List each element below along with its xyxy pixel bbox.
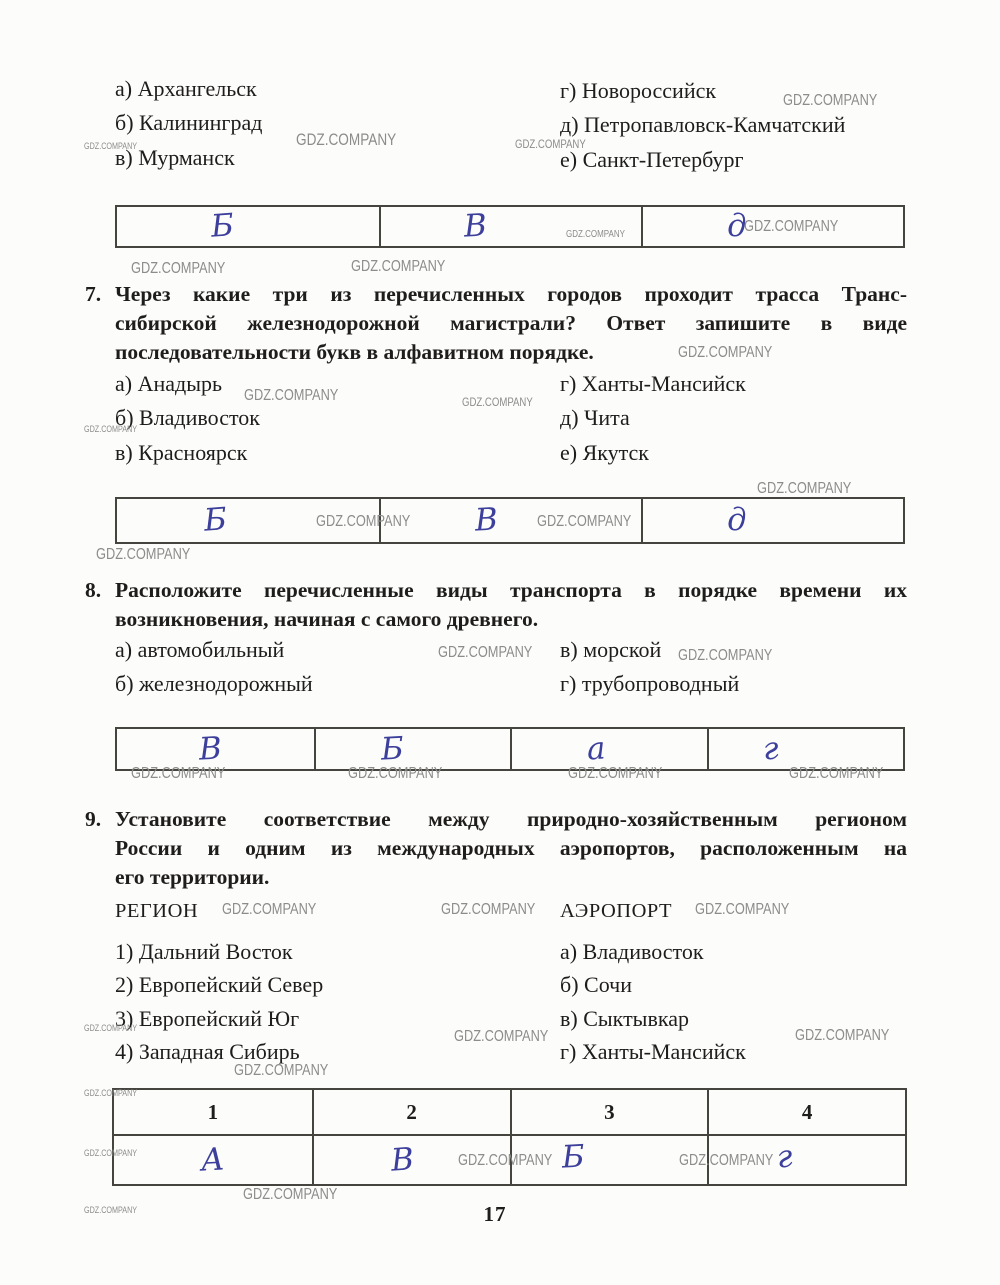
- watermark: GDZ.COMPANY: [244, 387, 338, 405]
- option-line: г) Ханты-Мансийск: [560, 1035, 746, 1068]
- answer-cell: д: [641, 499, 903, 542]
- option-line: д) Чита: [560, 401, 746, 435]
- question-9: 9. Установите соответствие между природн…: [85, 805, 907, 891]
- question9-airports: а) Владивосток б) Сочи в) Сыктывкар г) Х…: [560, 935, 746, 1069]
- answer-cell: А: [114, 1136, 312, 1184]
- question-text-line: Установите соответствие между природно-х…: [115, 805, 907, 834]
- column-number: 2: [406, 1100, 417, 1125]
- handwritten-answer: г: [762, 733, 780, 765]
- option-line: д) Петропавловск-Камчатский: [560, 108, 845, 142]
- column-number: 4: [802, 1100, 813, 1125]
- handwritten-answer: Б: [381, 733, 405, 765]
- watermark: GDZ.COMPANY: [84, 1148, 137, 1158]
- handwritten-answer: Б: [203, 504, 228, 537]
- question-text-line: сибирской железнодорожной магистрали? От…: [115, 309, 907, 338]
- watermark: GDZ.COMPANY: [458, 1152, 552, 1170]
- handwritten-answer: А: [200, 1144, 225, 1176]
- option-line: б) Сочи: [560, 968, 746, 1001]
- watermark: GDZ.COMPANY: [783, 92, 877, 110]
- option-line: в) Мурманск: [115, 141, 262, 175]
- question6-options-left: а) Архангельск б) Калининград в) Мурманс…: [115, 72, 262, 175]
- watermark: GDZ.COMPANY: [84, 1088, 137, 1098]
- watermark: GDZ.COMPANY: [515, 137, 586, 151]
- question-text-line: последовательности букв в алфавитном пор…: [115, 338, 907, 367]
- option-line: 1) Дальний Восток: [115, 935, 323, 968]
- watermark: GDZ.COMPANY: [678, 647, 772, 665]
- option-line: в) Сыктывкар: [560, 1002, 746, 1035]
- watermark: GDZ.COMPANY: [789, 765, 883, 783]
- question-text-line: его территории.: [115, 863, 907, 892]
- question7-options-right: г) Ханты-Мансийск д) Чита е) Якутск: [560, 367, 746, 470]
- watermark: GDZ.COMPANY: [84, 424, 137, 434]
- column-header-region: РЕГИОН: [115, 900, 198, 923]
- watermark: GDZ.COMPANY: [757, 480, 851, 498]
- option-line: а) Владивосток: [560, 935, 746, 968]
- watermark: GDZ.COMPANY: [454, 1028, 548, 1046]
- question7-options-left: а) Анадырь б) Владивосток в) Красноярск: [115, 367, 260, 470]
- question-text: Расположите перечисленные виды транспорт…: [115, 576, 907, 634]
- handwritten-answer: а: [586, 733, 607, 765]
- handwritten-answer: В: [198, 733, 222, 765]
- answer-cell: В: [379, 207, 641, 246]
- question8-options-right: в) морской г) трубопроводный: [560, 633, 739, 702]
- question-number: 7.: [85, 280, 101, 309]
- question-text: Через какие три из перечисленных городов…: [115, 280, 907, 366]
- answer-cell: Б: [314, 729, 511, 769]
- watermark: GDZ.COMPANY: [566, 229, 625, 240]
- question-text-line: России и одним из международных аэропорт…: [115, 834, 907, 863]
- header-cell: 3: [510, 1090, 708, 1134]
- handwritten-answer: Б: [210, 210, 235, 243]
- question-text-line: возникновения, начиная с самого древнего…: [115, 605, 907, 634]
- watermark: GDZ.COMPANY: [695, 901, 789, 919]
- option-line: е) Санкт-Петербург: [560, 143, 845, 177]
- answer-cell: Б: [117, 207, 379, 246]
- question-number: 9.: [85, 805, 101, 834]
- watermark: GDZ.COMPANY: [441, 901, 535, 919]
- watermark: GDZ.COMPANY: [438, 644, 532, 662]
- question-number: 8.: [85, 576, 101, 605]
- page-number: 17: [455, 1202, 535, 1227]
- question-7: 7. Через какие три из перечисленных горо…: [85, 280, 907, 366]
- watermark: GDZ.COMPANY: [679, 1152, 773, 1170]
- option-line: г) Ханты-Мансийск: [560, 367, 746, 401]
- header-cell: 4: [707, 1090, 905, 1134]
- watermark: GDZ.COMPANY: [537, 513, 631, 531]
- handwritten-answer: д: [727, 505, 748, 537]
- header-cell: 1: [114, 1090, 312, 1134]
- watermark: GDZ.COMPANY: [243, 1186, 337, 1204]
- watermark: GDZ.COMPANY: [131, 765, 225, 783]
- handwritten-answer: Б: [561, 1141, 585, 1173]
- watermark: GDZ.COMPANY: [84, 1205, 137, 1215]
- workbook-page: а) Архангельск б) Калининград в) Мурманс…: [0, 0, 1000, 1285]
- option-line: 3) Европейский Юг: [115, 1002, 323, 1035]
- watermark: GDZ.COMPANY: [795, 1027, 889, 1045]
- option-line: 2) Европейский Север: [115, 968, 323, 1001]
- question-8: 8. Расположите перечисленные виды трансп…: [85, 576, 907, 634]
- watermark: GDZ.COMPANY: [351, 258, 445, 276]
- question-text-line: Расположите перечисленные виды транспорт…: [115, 576, 907, 605]
- column-number: 1: [208, 1100, 219, 1125]
- watermark: GDZ.COMPANY: [296, 130, 396, 150]
- handwritten-answer: В: [474, 504, 498, 536]
- answer-table-9-header-row: 1 2 3 4: [114, 1090, 905, 1136]
- handwritten-answer: В: [463, 210, 487, 242]
- option-line: а) Анадырь: [115, 367, 260, 401]
- answer-table-8: В Б а г: [115, 727, 905, 771]
- option-line: а) Архангельск: [115, 72, 262, 106]
- handwritten-answer: В: [390, 1144, 415, 1177]
- watermark: GDZ.COMPANY: [348, 765, 442, 783]
- watermark: GDZ.COMPANY: [84, 1023, 137, 1033]
- option-line: в) Красноярск: [115, 436, 260, 470]
- answer-table-9: 1 2 3 4 А В Б г: [112, 1088, 907, 1186]
- column-number: 3: [604, 1100, 615, 1125]
- option-line: а) автомобильный: [115, 633, 313, 667]
- question9-regions: 1) Дальний Восток 2) Европейский Север 3…: [115, 935, 323, 1069]
- header-cell: 2: [312, 1090, 510, 1134]
- answer-table-7: Б В д: [115, 497, 905, 544]
- watermark: GDZ.COMPANY: [678, 344, 772, 362]
- watermark: GDZ.COMPANY: [234, 1062, 328, 1080]
- question-text: Установите соответствие между природно-х…: [115, 805, 907, 891]
- watermark: GDZ.COMPANY: [131, 260, 225, 278]
- option-line: б) Калининград: [115, 106, 262, 140]
- question6-options-right: г) Новороссийск д) Петропавловск-Камчатс…: [560, 74, 845, 177]
- question-text-line: Через какие три из перечисленных городов…: [115, 280, 907, 309]
- watermark: GDZ.COMPANY: [316, 513, 410, 531]
- answer-cell: а: [510, 729, 707, 769]
- watermark: GDZ.COMPANY: [462, 395, 533, 409]
- watermark: GDZ.COMPANY: [96, 546, 190, 564]
- watermark: GDZ.COMPANY: [744, 218, 838, 236]
- option-line: е) Якутск: [560, 436, 746, 470]
- watermark: GDZ.COMPANY: [84, 141, 137, 151]
- question8-options-left: а) автомобильный б) железнодорожный: [115, 633, 313, 702]
- option-line: б) железнодорожный: [115, 667, 313, 701]
- column-header-airport: АЭРОПОРТ: [560, 900, 672, 923]
- watermark: GDZ.COMPANY: [222, 901, 316, 919]
- option-line: г) трубопроводный: [560, 667, 739, 701]
- watermark: GDZ.COMPANY: [568, 765, 662, 783]
- answer-cell: В: [117, 729, 314, 769]
- handwritten-answer: г: [776, 1141, 794, 1173]
- answer-cell: г: [707, 729, 904, 769]
